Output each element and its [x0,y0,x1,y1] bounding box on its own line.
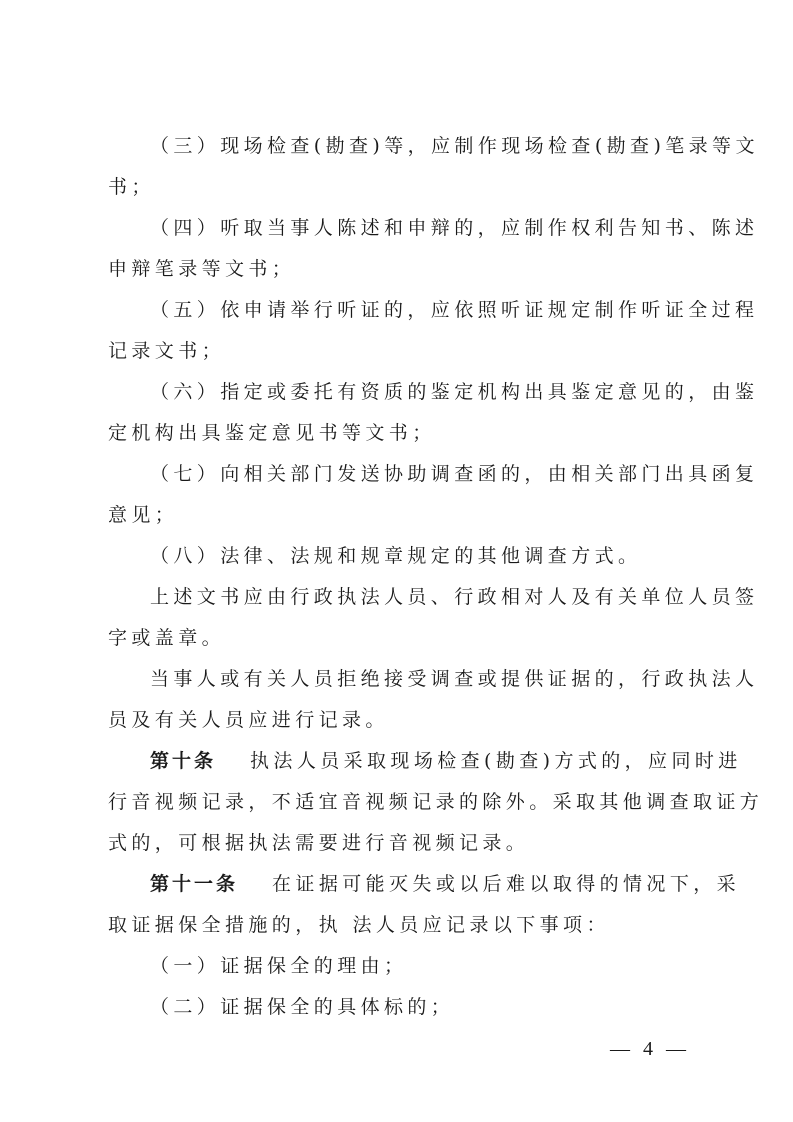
text-line: 意见； [108,503,708,527]
article-11-item-1: （一）证据保全的理由； [150,954,750,978]
text-line: （七）向相关部门发送协助调查函的，由相关部门出具函复 [150,462,706,486]
text-line: 字或盖章。 [108,626,708,650]
article-10-paragraph: 第十条执法人员采取现场检查(勘查)方式的，应同时进 [150,749,750,773]
text-line: 员及有关人员应进行记录。 [108,708,708,732]
article-10-line-2: 行音视频记录，不适宜音视频记录的除外。采取其他调查取证方 [108,790,708,814]
text-line: 定机构出具鉴定意见书等文书； [108,421,708,445]
text-line: （五）依申请举行听证的，应依照听证规定制作听证全过程 [150,298,706,322]
article-11-line-2: 取证据保全措施的，执 法人员应记录以下事项： [108,913,708,937]
article-10-heading: 第十条 [150,750,216,772]
text-line: 上述文书应由行政执法人员、行政相对人及有关单位人员签 [150,585,706,609]
document-page: （三）现场检查(勘查)等，应制作现场检查(勘查)笔录等文书；（四）听取当事人陈述… [0,0,793,1122]
text-line: （六）指定或委托有资质的鉴定机构出具鉴定意见的，由鉴 [150,380,706,404]
article-11-item-2: （二）证据保全的具体标的； [150,995,750,1019]
text-line: 当事人或有关人员拒绝接受调查或提供证据的，行政执法人 [150,667,706,691]
text-line: 申辩笔录等文书； [108,257,708,281]
article-10-text: 执法人员采取现场检查(勘查)方式的，应同时进 [250,750,742,772]
article-11-paragraph: 第十一条在证据可能灭失或以后难以取得的情况下，采 [150,872,750,896]
text-line: （四）听取当事人陈述和申辩的，应制作权利告知书、陈述 [150,216,706,240]
text-line: （八）法律、法规和规章规定的其他调查方式。 [150,544,750,568]
text-line: 记录文书； [108,339,708,363]
page-number: — 4 — [610,1038,690,1061]
text-line: 书； [108,175,708,199]
article-11-text: 在证据可能灭失或以后难以取得的情况下，采 [272,873,740,895]
article-11-heading: 第十一条 [150,873,238,895]
text-line: （三）现场检查(勘查)等，应制作现场检查(勘查)笔录等文 [150,134,706,158]
article-10-line-3: 式的，可根据执法需要进行音视频记录。 [108,831,708,855]
